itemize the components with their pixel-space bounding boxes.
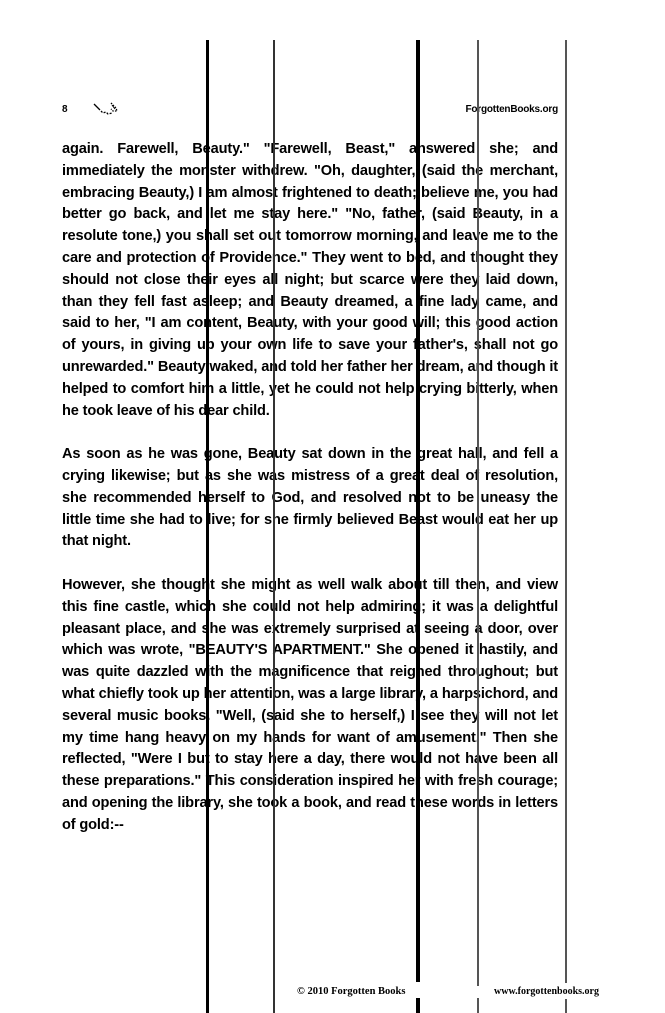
footer-url-link[interactable]: www.forgottenbooks.org [494, 986, 599, 997]
footer-copyright: © 2010 Forgotten Books [297, 986, 405, 997]
vertical-line [416, 998, 420, 1013]
vertical-line [206, 40, 209, 1013]
vertical-line [273, 40, 275, 1013]
header-site-name: ForgottenBooks.org [465, 104, 558, 115]
paragraph: However, she thought she might as well w… [62, 575, 558, 837]
document-page: 8 ForgottenBooks.org again. Farewell, Be… [0, 0, 665, 1013]
vertical-line [477, 40, 479, 986]
page-number: 8 [62, 104, 68, 115]
paragraph: As soon as he was gone, Beauty sat down … [62, 444, 558, 553]
vertical-line [565, 999, 567, 1013]
vertical-line [565, 40, 567, 983]
body-text: again. Farewell, Beauty." "Farewell, Bea… [62, 139, 558, 858]
quill-pen-icon [92, 100, 122, 120]
page-header: 8 ForgottenBooks.org [62, 100, 558, 122]
paragraph: again. Farewell, Beauty." "Farewell, Bea… [62, 139, 558, 422]
vertical-line [477, 998, 479, 1013]
vertical-line [416, 40, 420, 982]
